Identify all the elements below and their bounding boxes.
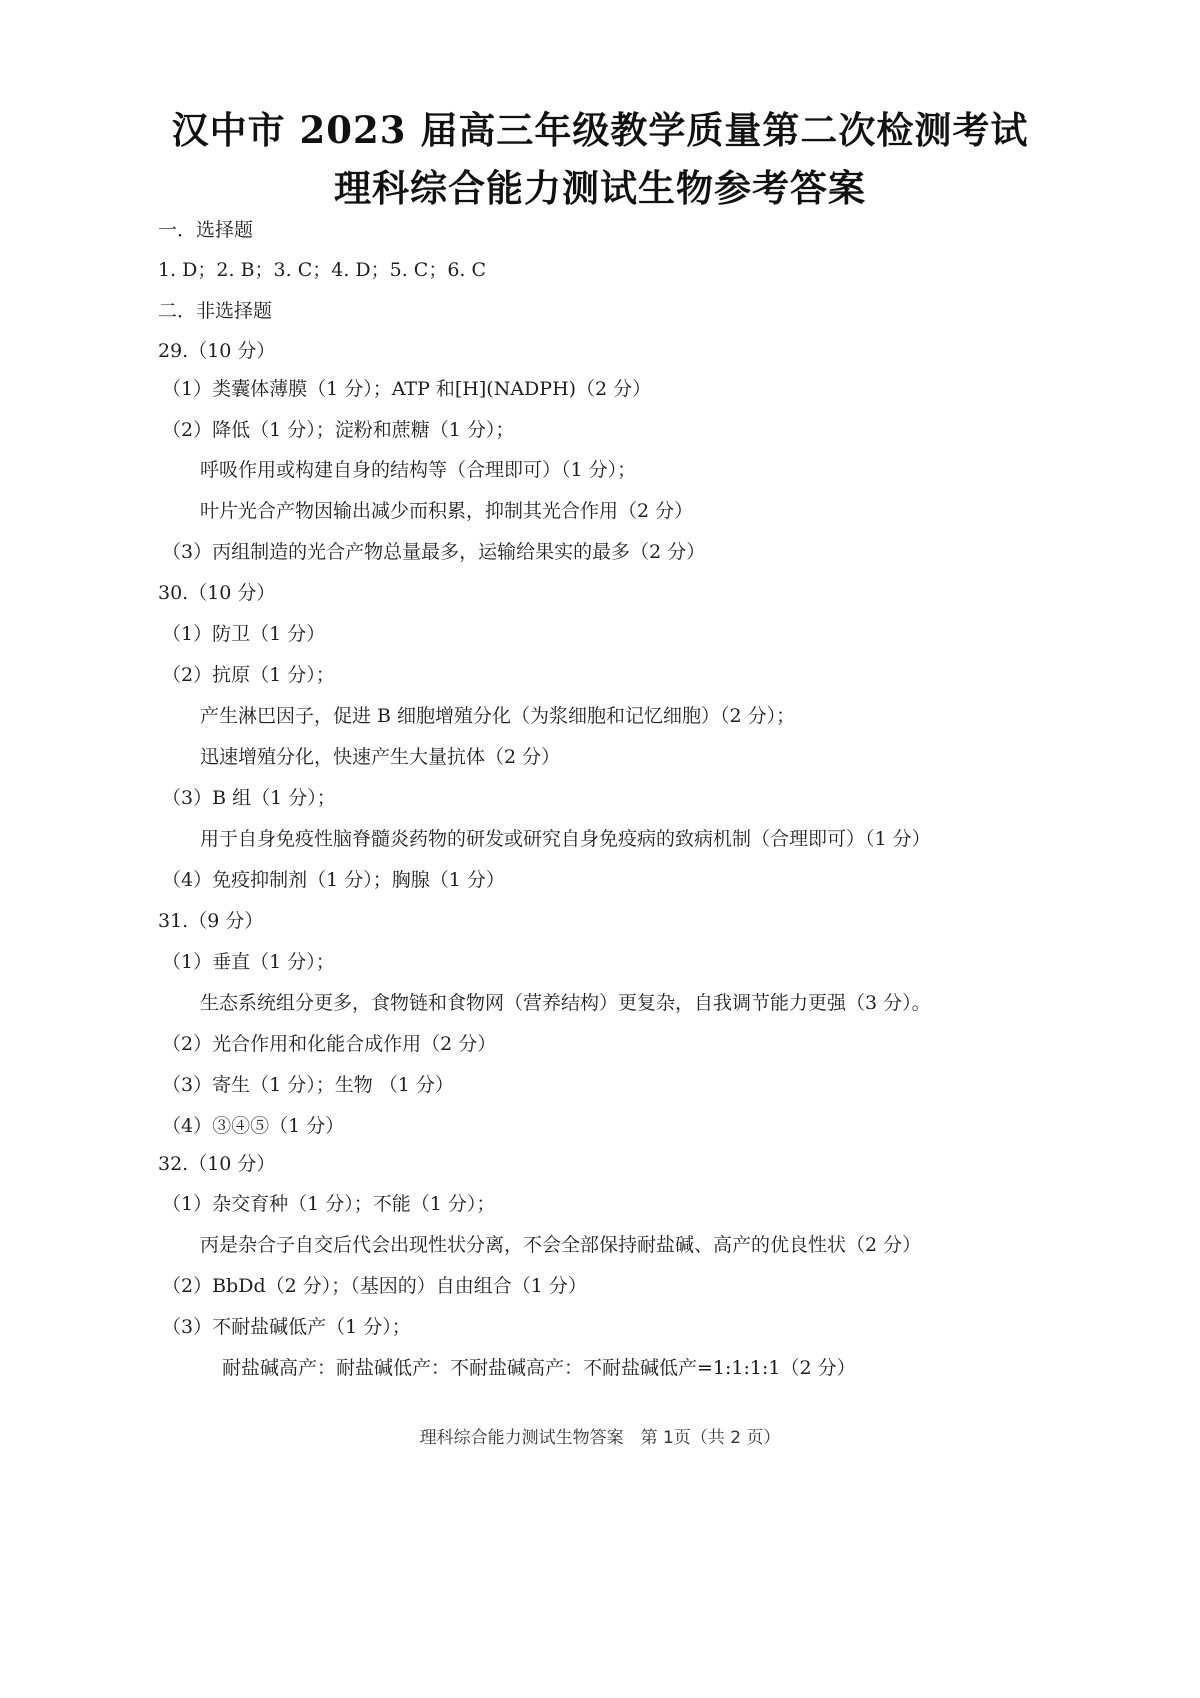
q32-answer-line: 丙是杂合子自交后代会出现性状分离，不会全部保持耐盐碱、高产的优良性状（2 分） [200, 1233, 921, 1257]
q31-answer-line: （3）寄生（1 分）；生物 （1 分） [162, 1073, 454, 1097]
answer-key-page: 汉中市 2023 届高三年级教学质量第二次检测考试 理科综合能力测试生物参考答案… [0, 0, 1200, 1698]
question-32-header: 32.（10 分） [158, 1152, 275, 1176]
q31-answer-line: 生态系统组分更多，食物链和食物网（营养结构）更复杂，自我调节能力更强（3 分）。 [200, 991, 931, 1015]
q31-answer-line: （1）垂直（1 分）； [162, 950, 335, 974]
q30-answer-line: （3）B 组（1 分）； [162, 786, 336, 810]
q29-answer-line: （3）丙组制造的光合产物总量最多，运输给果实的最多（2 分） [162, 540, 705, 564]
question-30-header: 30.（10 分） [158, 581, 275, 605]
question-29-header: 29.（10 分） [158, 339, 275, 363]
q29-answer-line: 呼吸作用或构建自身的结构等（合理即可）（1 分）； [200, 458, 636, 482]
q30-answer-line: 产生淋巴因子，促进 B 细胞增殖分化（为浆细胞和记忆细胞）（2 分）； [200, 704, 795, 728]
q32-answer-line: （3）不耐盐碱低产（1 分）； [162, 1315, 411, 1339]
q29-answer-line: （1）类囊体薄膜（1 分）；ATP 和[H](NADPH)（2 分） [162, 377, 651, 401]
q30-answer-line: （2）抗原（1 分）； [162, 663, 335, 687]
q30-answer-line: 用于自身免疫性脑脊髓炎药物的研发或研究自身免疫病的致病机制（合理即可）（1 分） [200, 827, 931, 851]
page-footer: 理科综合能力测试生物答案 第 1页（共 2 页） [0, 1423, 1200, 1448]
choice-answers: 1. D；2. B；3. C；4. D；5. C；6. C [158, 258, 486, 282]
question-31-header: 31.（9 分） [158, 909, 263, 933]
q31-answer-line: （2）光合作用和化能合成作用（2 分） [162, 1032, 496, 1056]
section-heading-nonchoice: 二．非选择题 [158, 299, 272, 323]
document-subtitle: 理科综合能力测试生物参考答案 [0, 158, 1200, 212]
q32-answer-line: （1）杂交育种（1 分）；不能（1 分）； [162, 1192, 495, 1216]
document-title: 汉中市 2023 届高三年级教学质量第二次检测考试 [0, 100, 1200, 154]
q29-answer-line: （2）降低（1 分）；淀粉和蔗糖（1 分）； [162, 418, 514, 442]
q32-answer-line: （2）BbDd（2 分）；（基因的）自由组合（1 分） [162, 1274, 587, 1298]
q30-answer-line: （1）防卫（1 分） [162, 622, 325, 646]
q31-answer-line: （4）③④⑤（1 分） [162, 1114, 344, 1138]
q32-answer-line: 耐盐碱高产：耐盐碱低产：不耐盐碱高产：不耐盐碱低产=1:1:1:1（2 分） [222, 1356, 856, 1380]
q30-answer-line: 迅速增殖分化，快速产生大量抗体（2 分） [200, 745, 560, 769]
q29-answer-line: 叶片光合产物因输出减少而积累，抑制其光合作用（2 分） [200, 499, 693, 523]
q30-answer-line: （4）免疫抑制剂（1 分）；胸腺（1 分） [162, 868, 505, 892]
section-heading-choice: 一．选择题 [158, 218, 253, 242]
